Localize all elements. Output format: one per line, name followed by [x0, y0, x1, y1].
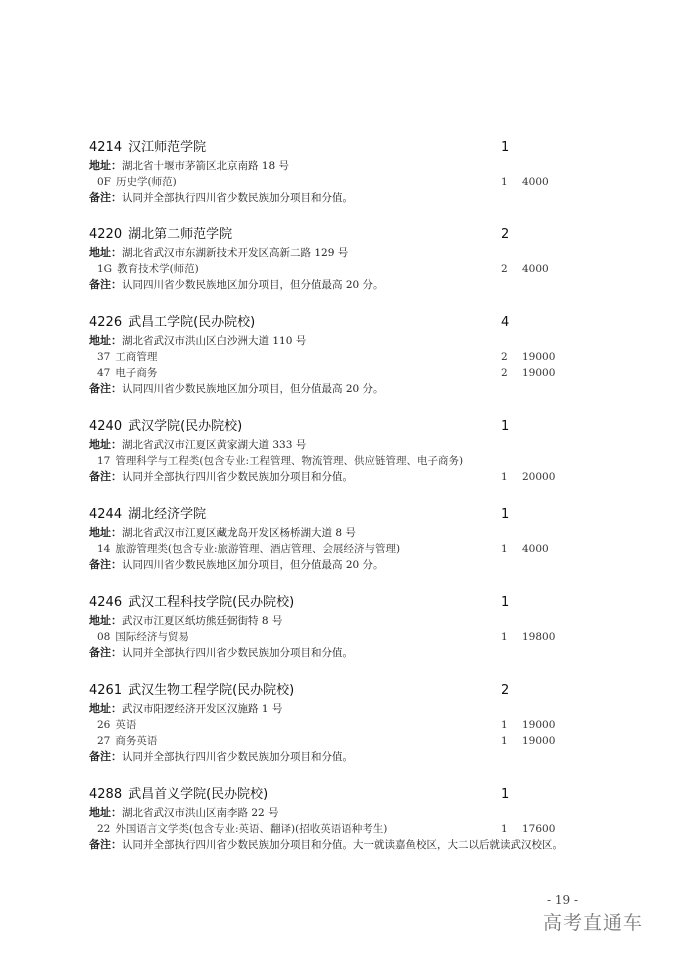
institution-code: 4244	[89, 507, 122, 522]
major-row: 08国际经济与贸易119800	[89, 629, 609, 645]
major-code: 26	[97, 719, 110, 731]
note-text: 认同并全部执行四川省少数民族加分项目和分值。	[122, 192, 353, 204]
note-label: 备注：	[89, 750, 122, 763]
major-fee: 17600	[522, 821, 555, 837]
institution-quota: 1	[501, 417, 509, 437]
major-row: 1G教育技术学(师范)24000	[89, 261, 609, 277]
institution-block: 4261武汉生物工程学院(民办院校)2 地址：武汉市阳逻经济开发区汉施路 1 号…	[89, 681, 609, 785]
address-text: 湖北省武汉市洪山区白沙洲大道 110 号	[122, 335, 306, 347]
major-code: 14	[97, 543, 110, 555]
address-line: 地址：武汉市阳逻经济开发区汉施路 1 号	[89, 701, 609, 717]
note-label: 备注：	[89, 646, 122, 659]
major-code: 37	[97, 351, 110, 363]
note-text: 认同并全部执行四川省少数民族加分项目和分值。	[122, 647, 353, 659]
address-line: 地址：湖北省十堰市茅箭区北京南路 18 号	[89, 158, 609, 174]
institution-block: 4244湖北经济学院1 地址：湖北省武汉市江夏区藏龙岛开发区杨桥湖大道 8 号 …	[89, 505, 609, 593]
institution-block: 4240武汉学院(民办院校)1 地址：湖北省武汉市江夏区黄家湖大道 333 号 …	[89, 417, 609, 505]
note-label: 备注：	[89, 470, 122, 483]
major-name: 电子商务	[115, 367, 157, 379]
major-name: 管理科学与工程类(包含专业:工程管理、物流管理、供应链管理、电子商务)	[115, 453, 505, 469]
major-name: 商务英语	[115, 735, 157, 747]
note-text: 认同四川省少数民族地区加分项目，但分值最高 20 分。	[122, 383, 384, 395]
major-fee: 19000	[522, 349, 555, 365]
institution-quota: 4	[501, 313, 509, 333]
address-text: 湖北省武汉市洪山区南李路 22 号	[122, 807, 279, 819]
institution-name: 武汉学院(民办院校)	[128, 419, 242, 434]
institution-title: 4246武汉工程科技学院(民办院校)1	[89, 593, 609, 613]
major-row: 0F历史学(师范)14000	[89, 174, 609, 190]
institution-quota: 1	[501, 138, 509, 158]
institution-name: 武昌工学院(民办院校)	[128, 315, 255, 330]
major-quota: 1	[501, 733, 508, 749]
major-code: 1G	[97, 263, 112, 275]
major-quota: 1	[501, 821, 508, 837]
note-label: 备注：	[89, 838, 122, 851]
address-text: 湖北省武汉市江夏区藏龙岛开发区杨桥湖大道 8 号	[122, 527, 356, 539]
address-label: 地址：	[89, 702, 122, 715]
institution-name: 湖北经济学院	[128, 507, 206, 522]
address-line: 地址：湖北省武汉市洪山区南李路 22 号	[89, 805, 609, 821]
institution-quota: 1	[501, 593, 509, 613]
major-row: 47电子商务219000	[89, 365, 609, 381]
institution-name: 武昌首义学院(民办院校)	[128, 787, 268, 802]
note-label: 备注：	[89, 278, 122, 291]
institution-quota: 2	[501, 681, 509, 701]
institution-block: 4288武昌首义学院(民办院校)1 地址：湖北省武汉市洪山区南李路 22 号 2…	[89, 785, 609, 853]
address-label: 地址：	[89, 438, 122, 451]
institution-code: 4246	[89, 595, 122, 610]
watermark-logo: 高考直通车	[543, 908, 643, 935]
note-line: 备注：认同并全部执行四川省少数民族加分项目和分值。	[89, 749, 609, 765]
major-code: 27	[97, 735, 110, 747]
major-fee: 19000	[522, 717, 555, 733]
address-label: 地址：	[89, 614, 122, 627]
institution-quota: 2	[501, 225, 509, 245]
note-line: 备注：认同四川省少数民族地区加分项目，但分值最高 20 分。	[89, 557, 609, 573]
institution-name: 湖北第二师范学院	[128, 227, 232, 242]
institution-title: 4244湖北经济学院1	[89, 505, 609, 525]
address-text: 武汉市阳逻经济开发区汉施路 1 号	[122, 703, 282, 715]
major-quota: 1	[501, 541, 508, 557]
institution-code: 4226	[89, 315, 122, 330]
institution-quota: 1	[501, 505, 509, 525]
major-fee: 19800	[522, 629, 555, 645]
address-text: 湖北省武汉市江夏区黄家湖大道 333 号	[122, 439, 306, 451]
major-row: 22外国语言文学类(包含专业:英语、翻译)(招收英语语种考生)117600	[89, 821, 609, 837]
major-quota: 1	[501, 717, 508, 733]
institution-name: 汉江师范学院	[128, 140, 206, 155]
note-text: 认同四川省少数民族地区加分项目，但分值最高 20 分。	[122, 559, 384, 571]
address-label: 地址：	[89, 526, 122, 539]
institution-title: 4288武昌首义学院(民办院校)1	[89, 785, 609, 805]
major-quota: 2	[501, 365, 508, 381]
institution-code: 4288	[89, 787, 122, 802]
note-text: 认同并全部执行四川省少数民族加分项目和分值。	[122, 471, 353, 483]
institution-code: 4261	[89, 683, 122, 698]
note-line: 备注：认同并全部执行四川省少数民族加分项目和分值。	[89, 469, 609, 485]
address-line: 地址：湖北省武汉市江夏区黄家湖大道 333 号	[89, 437, 609, 453]
address-text: 湖北省武汉市东湖新技术开发区高新二路 129 号	[122, 247, 348, 259]
major-row: 17管理科学与工程类(包含专业:工程管理、物流管理、供应链管理、电子商务)120…	[89, 453, 609, 469]
institution-title: 4226武昌工学院(民办院校)4	[89, 313, 609, 333]
address-line: 地址：湖北省武汉市洪山区白沙洲大道 110 号	[89, 333, 609, 349]
major-code: 0F	[97, 176, 111, 188]
page-number: - 19 -	[547, 893, 578, 907]
institution-block: 4226武昌工学院(民办院校)4 地址：湖北省武汉市洪山区白沙洲大道 110 号…	[89, 313, 609, 417]
address-line: 地址：湖北省武汉市江夏区藏龙岛开发区杨桥湖大道 8 号	[89, 525, 609, 541]
note-label: 备注：	[89, 382, 122, 395]
address-line: 地址：武汉市江夏区纸坊熊廷弼街特 8 号	[89, 613, 609, 629]
note-line: 备注：认同四川省少数民族地区加分项目，但分值最高 20 分。	[89, 277, 609, 293]
institution-title: 4220湖北第二师范学院2	[89, 225, 609, 245]
admission-list: 4214汉江师范学院1 地址：湖北省十堰市茅箭区北京南路 18 号 0F历史学(…	[89, 138, 609, 853]
major-code: 47	[97, 367, 110, 379]
major-fee: 4000	[522, 541, 549, 557]
major-fee: 4000	[522, 261, 549, 277]
major-code: 22	[97, 823, 110, 835]
institution-title: 4214汉江师范学院1	[89, 138, 609, 158]
note-line: 备注：认同并全部执行四川省少数民族加分项目和分值。大一就读嘉鱼校区，大二以后就读…	[89, 837, 601, 853]
institution-name: 武汉生物工程学院(民办院校)	[128, 683, 294, 698]
institution-block: 4246武汉工程科技学院(民办院校)1 地址：武汉市江夏区纸坊熊廷弼街特 8 号…	[89, 593, 609, 681]
major-name: 国际经济与贸易	[115, 631, 189, 643]
major-fee: 19000	[522, 733, 555, 749]
note-text: 认同并全部执行四川省少数民族加分项目和分值。大一就读嘉鱼校区，大二以后就读武汉校…	[122, 839, 563, 851]
address-text: 武汉市江夏区纸坊熊廷弼街特 8 号	[122, 615, 282, 627]
address-label: 地址：	[89, 334, 122, 347]
major-name: 历史学(师范)	[116, 176, 177, 188]
major-name: 外国语言文学类(包含专业:英语、翻译)(招收英语语种考生)	[115, 823, 387, 835]
address-text: 湖北省十堰市茅箭区北京南路 18 号	[122, 160, 289, 172]
major-quota: 1	[501, 629, 508, 645]
major-code: 17	[97, 453, 110, 469]
institution-block: 4220湖北第二师范学院2 地址：湖北省武汉市东湖新技术开发区高新二路 129 …	[89, 225, 609, 313]
address-label: 地址：	[89, 159, 122, 172]
major-row: 27商务英语119000	[89, 733, 609, 749]
institution-quota: 1	[501, 785, 509, 805]
institution-block: 4214汉江师范学院1 地址：湖北省十堰市茅箭区北京南路 18 号 0F历史学(…	[89, 138, 609, 225]
note-line: 备注：认同四川省少数民族地区加分项目，但分值最高 20 分。	[89, 381, 609, 397]
major-quota: 2	[501, 349, 508, 365]
note-text: 认同并全部执行四川省少数民族加分项目和分值。	[122, 751, 353, 763]
major-row: 14旅游管理类(包含专业:旅游管理、酒店管理、会展经济与管理)14000	[89, 541, 609, 557]
address-line: 地址：湖北省武汉市东湖新技术开发区高新二路 129 号	[89, 245, 609, 261]
major-fee: 4000	[522, 174, 549, 190]
major-name: 工商管理	[115, 351, 157, 363]
institution-title: 4240武汉学院(民办院校)1	[89, 417, 609, 437]
major-quota: 1	[501, 174, 508, 190]
major-quota: 2	[501, 261, 508, 277]
major-fee: 19000	[522, 365, 555, 381]
major-row: 26英语119000	[89, 717, 609, 733]
major-name: 英语	[115, 719, 136, 731]
note-line: 备注：认同并全部执行四川省少数民族加分项目和分值。	[89, 190, 609, 206]
note-label: 备注：	[89, 558, 122, 571]
major-name: 教育技术学(师范)	[117, 263, 199, 275]
address-label: 地址：	[89, 246, 122, 259]
institution-code: 4214	[89, 140, 122, 155]
major-code: 08	[97, 631, 110, 643]
institution-name: 武汉工程科技学院(民办院校)	[128, 595, 294, 610]
institution-title: 4261武汉生物工程学院(民办院校)2	[89, 681, 609, 701]
address-label: 地址：	[89, 806, 122, 819]
note-text: 认同四川省少数民族地区加分项目，但分值最高 20 分。	[122, 279, 384, 291]
major-name: 旅游管理类(包含专业:旅游管理、酒店管理、会展经济与管理)	[115, 543, 400, 555]
note-line: 备注：认同并全部执行四川省少数民族加分项目和分值。	[89, 645, 609, 661]
institution-code: 4220	[89, 227, 122, 242]
note-label: 备注：	[89, 191, 122, 204]
institution-code: 4240	[89, 419, 122, 434]
major-row: 37工商管理219000	[89, 349, 609, 365]
